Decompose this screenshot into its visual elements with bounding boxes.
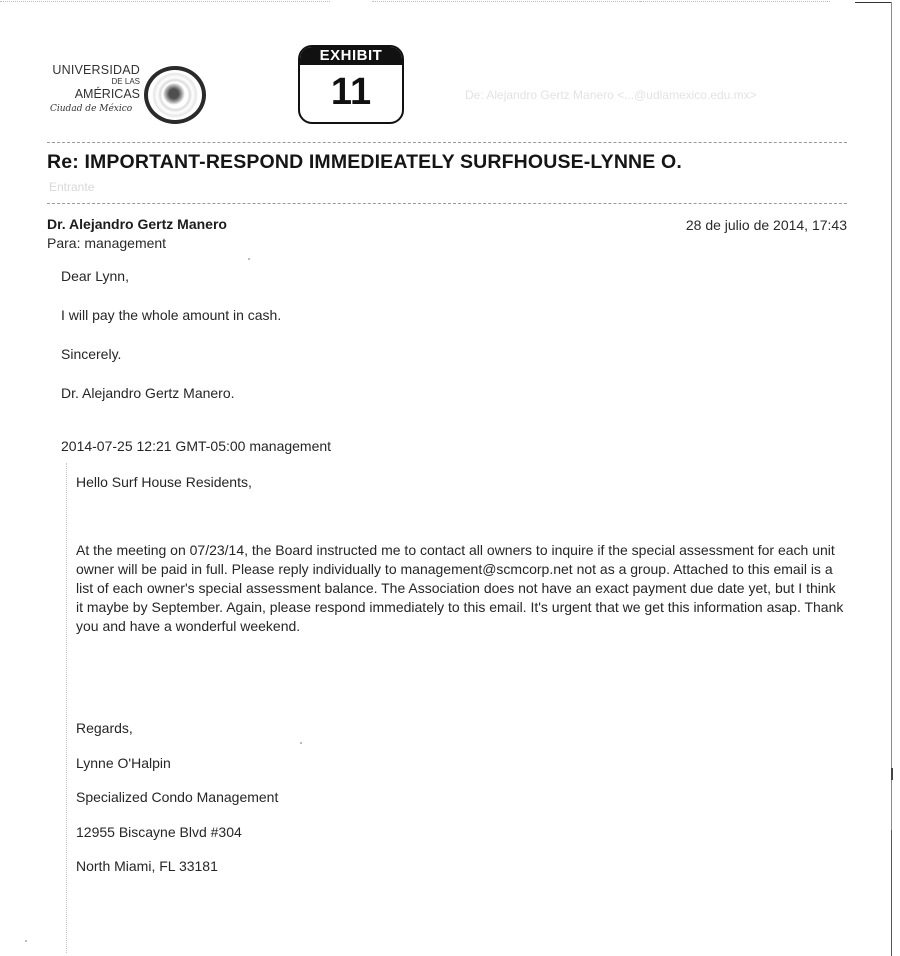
signature-line: Lynne O'Halpin: [76, 754, 278, 773]
quoted-paragraph: At the meeting on 07/23/14, the Board in…: [76, 541, 846, 636]
sender-name: Dr. Alejandro Gertz Manero: [47, 216, 227, 232]
signature-line: 12955 Biscayne Blvd #304: [76, 823, 278, 842]
signature-line: Regards,: [76, 719, 278, 738]
scan-frame-right-edge-dark: [891, 830, 892, 956]
scan-speck: [300, 742, 302, 744]
scan-frame-right-edge: [891, 2, 892, 956]
body-line: Dr. Alejandro Gertz Manero.: [61, 384, 281, 403]
scan-artifact-mark: [891, 768, 893, 780]
recipient-line: Para: management: [47, 235, 166, 251]
divider-bottom: [47, 203, 847, 204]
email-subject: Re: IMPORTANT-RESPOND IMMEDIEATELY SURFH…: [47, 151, 682, 174]
body-line: Sincerely.: [61, 345, 281, 364]
university-name: UNIVERSIDAD DE LAS AMÉRICAS Ciudad de Mé…: [52, 63, 140, 117]
scan-speck: [25, 940, 27, 942]
scan-frame-corner: [855, 2, 892, 3]
faint-header-text: De: Alejandro Gertz Manero <...@udlamexi…: [465, 88, 850, 102]
scan-speck: [248, 258, 250, 260]
university-logo: UNIVERSIDAD DE LAS AMÉRICAS Ciudad de Mé…: [52, 63, 222, 133]
signature-line: North Miami, FL 33181: [76, 857, 278, 876]
scan-edge-line: [372, 1, 672, 2]
quote-bar: [66, 463, 67, 953]
university-seal-icon: [144, 66, 206, 124]
quoted-message: Hello Surf House Residents, At the meeti…: [76, 473, 846, 491]
exhibit-label: EXHIBIT: [300, 47, 402, 65]
quoted-header: 2014-07-25 12:21 GMT-05:00 management: [61, 438, 331, 454]
divider-top: [47, 142, 847, 143]
body-line: Dear Lynn,: [61, 267, 281, 286]
logo-line-2: DE LAS: [52, 77, 140, 87]
folder-label: Entrante: [49, 180, 94, 194]
scan-edge-line: [640, 1, 830, 2]
body-line: I will pay the whole amount in cash.: [61, 306, 281, 325]
scan-edge-line: [0, 1, 330, 2]
exhibit-number: 11: [300, 65, 402, 119]
signature-line: Specialized Condo Management: [76, 788, 278, 807]
quoted-signature: Regards, Lynne O'Halpin Specialized Cond…: [76, 719, 278, 892]
logo-line-3: AMÉRICAS: [52, 87, 140, 101]
email-date: 28 de julio de 2014, 17:43: [686, 217, 847, 233]
exhibit-sticker: EXHIBIT 11: [298, 45, 404, 124]
seal-emblem: [163, 83, 187, 107]
quoted-greeting: Hello Surf House Residents,: [76, 473, 846, 491]
email-body: Dear Lynn, I will pay the whole amount i…: [61, 267, 281, 423]
logo-line-4: Ciudad de México: [50, 101, 140, 117]
logo-line-1: UNIVERSIDAD: [52, 63, 140, 77]
